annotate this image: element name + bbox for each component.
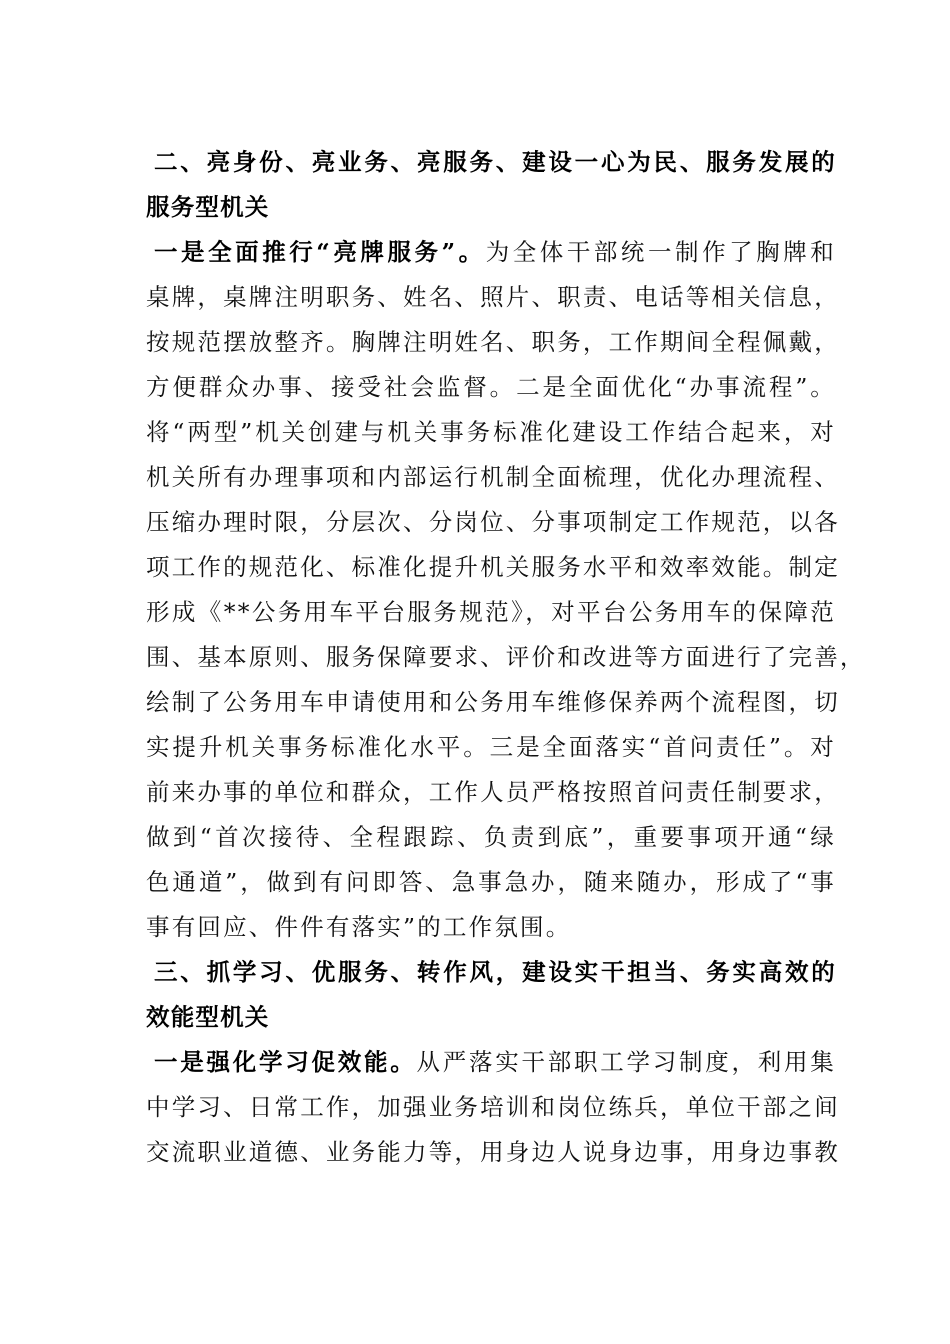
paragraph-text: 为全体干部统一制作了胸牌和 — [486, 238, 836, 266]
paragraph-line: 一是全面推行“亮牌服务”。为全体干部统一制作了胸牌和 — [146, 230, 836, 275]
paragraph-line: 绘制了公务用车申请使用和公务用车维修保养两个流程图，切 — [146, 680, 836, 725]
paragraph-line: 事有回应、件件有落实”的工作氛围。 — [146, 905, 836, 950]
section-heading-line: 二、亮身份、亮业务、亮服务、建设一心为民、服务发展的 — [146, 140, 836, 185]
paragraph-lead: 一是全面推行“亮牌服务”。 — [154, 238, 486, 266]
section-heading-line: 三、抓学习、优服务、转作风，建设实干担当、务实高效的 — [146, 950, 836, 995]
paragraph-line: 中学习、日常工作，加强业务培训和岗位练兵，单位干部之间 — [146, 1085, 836, 1130]
paragraph-line: 压缩办理时限，分层次、分岗位、分事项制定工作规范，以各 — [146, 500, 836, 545]
paragraph-line: 做到“首次接待、全程跟踪、负责到底”，重要事项开通“绿 — [146, 815, 836, 860]
paragraph-lead: 一是强化学习促效能。 — [154, 1048, 417, 1076]
paragraph-line: 形成《**公务用车平台服务规范》，对平台公务用车的保障范 — [146, 590, 836, 635]
paragraph-line: 按规范摆放整齐。胸牌注明姓名、职务，工作期间全程佩戴， — [146, 320, 836, 365]
paragraph-line: 方便群众办事、接受社会监督。二是全面优化“办事流程”。 — [146, 365, 836, 410]
paragraph-text: 从严落实干部职工学习制度，利用集 — [417, 1048, 836, 1076]
paragraph-line: 桌牌，桌牌注明职务、姓名、照片、职责、电话等相关信息， — [146, 275, 836, 320]
paragraph-line: 一是强化学习促效能。从严落实干部职工学习制度，利用集 — [146, 1040, 836, 1085]
paragraph-line: 实提升机关事务标准化水平。三是全面落实“首问责任”。对 — [146, 725, 836, 770]
paragraph-line: 围、基本原则、服务保障要求、评价和改进等方面进行了完善， — [146, 635, 836, 680]
document-page: 二、亮身份、亮业务、亮服务、建设一心为民、服务发展的 服务型机关 一是全面推行“… — [146, 140, 836, 1175]
section-heading-line: 服务型机关 — [146, 185, 836, 230]
paragraph-line: 机关所有办理事项和内部运行机制全面梳理，优化办理流程、 — [146, 455, 836, 500]
paragraph-line: 交流职业道德、业务能力等，用身边人说身边事，用身边事教 — [146, 1130, 836, 1175]
paragraph-line: 项工作的规范化、标准化提升机关服务水平和效率效能。制定 — [146, 545, 836, 590]
section-heading-line: 效能型机关 — [146, 995, 836, 1040]
paragraph-line: 色通道”，做到有问即答、急事急办，随来随办，形成了“事 — [146, 860, 836, 905]
paragraph-line: 前来办事的单位和群众，工作人员严格按照首问责任制要求， — [146, 770, 836, 815]
paragraph-line: 将“两型”机关创建与机关事务标准化建设工作结合起来，对 — [146, 410, 836, 455]
